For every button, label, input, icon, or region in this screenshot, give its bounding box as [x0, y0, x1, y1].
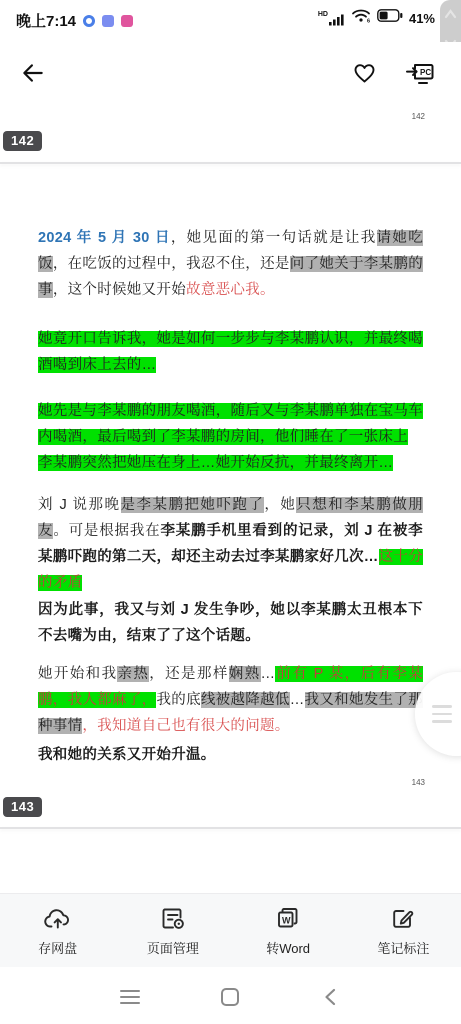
toolbar-label: 页面管理 [147, 938, 199, 957]
green-highlight: 李某鹏突然把她压在身上…她开始反抗，并最终离开… [38, 455, 393, 471]
heart-icon [352, 61, 377, 85]
menu-icon [119, 989, 141, 1005]
toolbar-label: 存网盘 [38, 938, 77, 957]
page-divider [0, 162, 461, 164]
send-to-pc-icon: PC [404, 60, 436, 87]
record-dot-icon [83, 15, 95, 27]
body-text: 。可是根据我在 [53, 523, 160, 539]
blue-app-icon [102, 15, 114, 27]
bottom-toolbar: 存网盘 页面管理 W 转Word [0, 893, 461, 968]
pink-app-icon [121, 15, 133, 27]
android-nav-bar [0, 967, 461, 1024]
paragraph-1: 2024 年 5 月 30 日，她见面的第一句话就是让我请她吃饭，在吃饭的过程中… [38, 225, 423, 303]
body-text: 刘 J 说那晚 [38, 497, 121, 513]
convert-to-word-button[interactable]: W 转Word [231, 894, 346, 968]
body-text: … [290, 692, 305, 708]
gray-highlight: 是李某鹏把她吓跑了 [121, 497, 265, 513]
menu-icon [432, 705, 452, 723]
nav-home-button[interactable] [218, 985, 242, 1009]
favorite-button[interactable] [345, 54, 383, 92]
page-corner-number: 142 [412, 112, 425, 121]
bold-text: 因为此事，我又与刘 J 发生争吵，她以李某鹏太丑根本下不去嘴为由，结束了了这个话… [38, 602, 423, 644]
clock: 晚上7:14 [16, 10, 76, 31]
paragraph-8: 我和她的关系又开始升温。 [38, 742, 423, 768]
green-highlight: 她竟开口告诉我，她是如何一步步与李某鹏认识，并最终喝酒喝到床上去的… [38, 331, 423, 373]
cloud-upload-icon [43, 906, 73, 932]
body-text: ，还是那样 [149, 666, 228, 682]
toolbar-label: 笔记标注 [377, 938, 429, 957]
page-manage-icon [159, 906, 187, 932]
page-badge-142: 142 [3, 131, 42, 151]
body-text: ，这个时候她又开始 [53, 282, 186, 298]
home-square-icon [220, 987, 240, 1007]
nav-menu-button[interactable] [118, 985, 142, 1009]
body-text: 她开始和我 [38, 666, 117, 682]
page-corner-number: 143 [412, 778, 425, 787]
battery-percent: 41% [409, 11, 435, 26]
back-button[interactable] [14, 54, 52, 92]
paragraph-3: 她先是与李某鹏的朋友喝酒，随后又与李某鹏单独在宝马车内喝酒，最后喝到了李某鹏的房… [38, 398, 423, 450]
red-text: 故意恶心我。 [186, 282, 275, 298]
paragraph-6: 因为此事，我又与刘 J 发生争吵，她以李某鹏太丑根本下不去嘴为由，结束了了这个话… [38, 597, 423, 649]
app-toolbar: PC [0, 42, 461, 104]
green-highlight: 她先是与李某鹏的朋友喝酒，随后又与李某鹏单独在宝马车内喝酒，最后喝到了李某鹏的房… [38, 403, 423, 445]
save-to-cloud-button[interactable]: 存网盘 [0, 894, 115, 968]
body-text: 我的底 [156, 692, 200, 708]
body-text: ，在吃饭的过程中，我忍不住，还是 [53, 256, 290, 272]
note-annotate-button[interactable]: 笔记标注 [346, 894, 461, 968]
page-badge-143: 143 [3, 797, 42, 817]
back-chevron-icon [323, 987, 337, 1007]
wifi6-icon: 6 [351, 8, 371, 28]
gray-highlight: 亲热 [117, 666, 149, 682]
date-text: 2024 年 5 月 30 日 [38, 230, 171, 246]
red-text: ，我知道自己也有很大的问题。 [82, 718, 289, 734]
to-word-icon: W [274, 906, 302, 932]
svg-text:6: 6 [367, 19, 370, 24]
status-bar: 晚上7:14 HD 6 [0, 0, 461, 40]
body-text: ，她见面的第一句话就是让我 [171, 230, 377, 246]
back-arrow-icon [20, 60, 46, 86]
body-text: ，她 [264, 497, 296, 513]
page-manage-button[interactable]: 页面管理 [115, 894, 230, 968]
signal-icon: HD [318, 11, 345, 26]
gray-highlight: 娴熟 [229, 666, 261, 682]
nav-back-button[interactable] [318, 985, 342, 1009]
hd-label: HD [318, 11, 328, 18]
battery-icon [377, 9, 403, 27]
body-text: … [261, 666, 276, 682]
word-w-glyph: W [282, 915, 291, 925]
phone-screen: 晚上7:14 HD 6 [0, 0, 461, 1024]
gray-highlight: 线被越降越低 [201, 692, 290, 708]
note-annotate-icon [389, 906, 417, 932]
bold-text: 我和她的关系又开始升温。 [38, 747, 216, 763]
paragraph-5: 刘 J 说那晚是李某鹏把她吓跑了，她只想和李某鹏做朋友。可是根据我在李某鹏手机里… [38, 492, 423, 596]
page-divider [0, 827, 461, 829]
paragraph-7: 她开始和我亲热，还是那样娴熟…前有 P 某，后有李某鹏，我人都麻了，我的底线被越… [38, 661, 423, 739]
paragraph-4: 李某鹏突然把她压在身上…她开始反抗，并最终离开… [38, 450, 423, 476]
paragraph-2: 她竟开口告诉我，她是如何一步步与李某鹏认识，并最终喝酒喝到床上去的… [38, 326, 423, 378]
toolbar-label: 转Word [266, 938, 310, 957]
svg-text:PC: PC [420, 68, 431, 77]
send-to-pc-button[interactable]: PC [401, 54, 439, 92]
